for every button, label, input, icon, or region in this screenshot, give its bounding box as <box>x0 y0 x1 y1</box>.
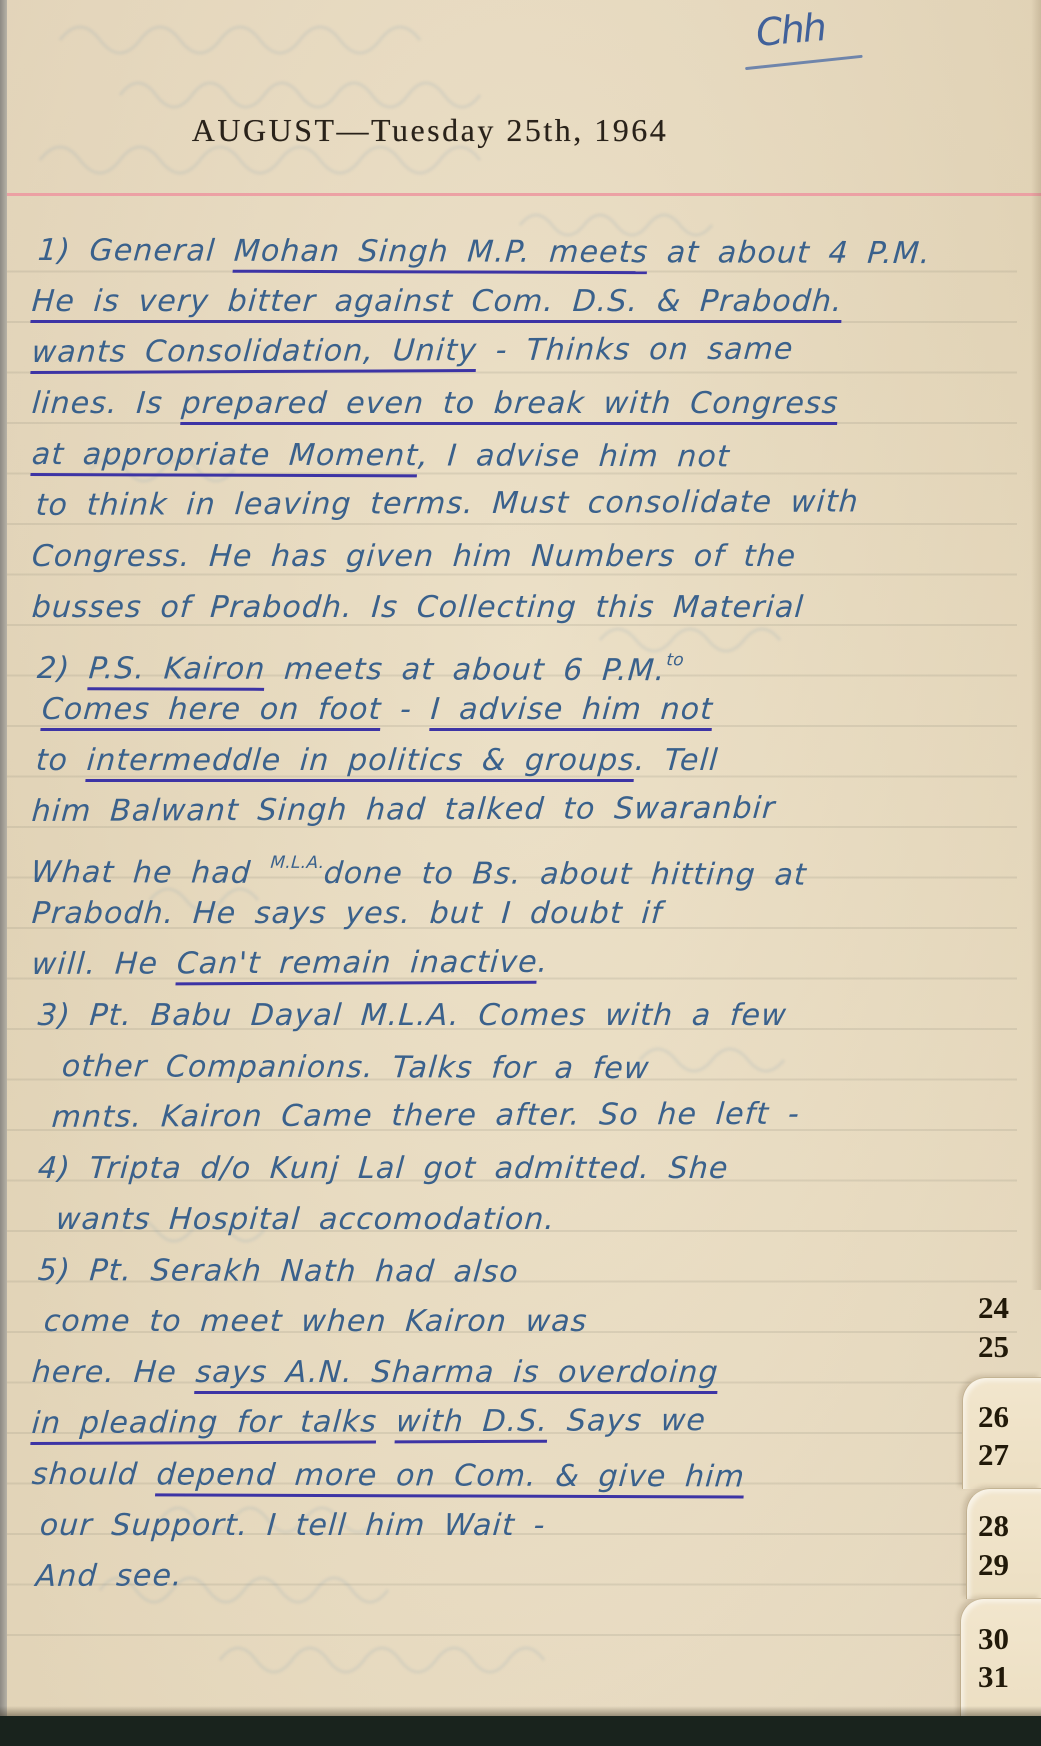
handwritten-line: wants Hospital accomodation. <box>30 1195 1014 1246</box>
header-rule <box>0 193 1041 196</box>
handwritten-line: to think in leaving terms. Must consolid… <box>30 477 1014 532</box>
text-segment: . <box>537 945 550 980</box>
text-segment: should <box>31 1457 158 1492</box>
text-segment: at appropriate Moment <box>31 437 420 473</box>
right-page-edge <box>1031 0 1041 1290</box>
text-segment: to <box>666 650 685 670</box>
date-tab-number: 26 <box>978 1399 1028 1435</box>
text-segment: Mohan Singh M.P. meets <box>233 234 650 270</box>
text-segment: 2) <box>36 651 90 686</box>
text-segment: will. He <box>31 946 178 982</box>
text-segment: 4) Tripta d/o Kunj Lal got admitted. She <box>37 1151 730 1186</box>
handwritten-line: here. He says A.N. Sharma is overdoing <box>30 1348 1014 1399</box>
date-tab-number: 31 <box>978 1659 1028 1695</box>
text-segment: in pleading for talks <box>31 1404 379 1441</box>
text-segment: 1) General <box>37 233 236 269</box>
text-segment: He is very bitter against Com. D.S. & Pr… <box>31 284 844 319</box>
handwritten-line: lines. Is prepared even to break with Co… <box>30 379 1014 430</box>
handwritten-line: 2) P.S. Kairon meets at about 6 P.M.to <box>30 634 1013 688</box>
date-heading: AUGUST—Tuesday 25th, 1964 <box>150 112 710 149</box>
text-segment: wants Hospital accomodation. <box>55 1202 557 1237</box>
text-segment: Prabodh. He says yes. but I doubt if <box>31 896 664 931</box>
text-segment: mnts. Kairon Came there after. So he lef… <box>51 1097 801 1135</box>
date-tab-number: 25 <box>978 1329 1028 1365</box>
text-segment: And see. <box>35 1558 184 1594</box>
text-segment: Says we <box>547 1403 707 1439</box>
text-segment: I advise him not <box>430 692 715 727</box>
handwritten-line: him Balwant Singh had talked to Swaranbi… <box>30 783 1014 838</box>
text-segment: at about 4 P.M. <box>647 235 932 271</box>
text-segment: says A.N. Sharma is overdoing <box>194 1355 720 1390</box>
text-segment: to <box>35 743 88 778</box>
handwritten-line: 1) General Mohan Singh M.P. meets at abo… <box>30 226 1013 280</box>
handwritten-line: should depend more on Com. & give him <box>30 1450 1013 1504</box>
date-tab-number: 28 <box>978 1508 1028 1544</box>
handwritten-line: And see. <box>30 1548 1014 1603</box>
date-tab-number: 29 <box>978 1547 1028 1583</box>
handwritten-line: to intermeddle in politics & groups. Tel… <box>30 736 1014 787</box>
text-segment: busses of Prabodh. Is Collecting this Ma… <box>31 590 806 625</box>
entry-lines: 1) General Mohan Singh M.P. meets at abo… <box>30 226 1010 1603</box>
text-segment: done to Bs. about hitting at <box>323 856 809 893</box>
text-segment: him Balwant Singh had talked to Swaranbi… <box>31 791 777 829</box>
text-segment: Congress. He has given him Numbers of th… <box>31 539 798 574</box>
handwritten-line: 3) Pt. Babu Dayal M.L.A. Comes with a fe… <box>30 991 1014 1042</box>
handwritten-line: busses of Prabodh. Is Collecting this Ma… <box>30 583 1014 634</box>
handwritten-line: 5) Pt. Serakh Nath had also <box>30 1246 1013 1300</box>
handwritten-line: will. He Can't remain inactive. <box>30 936 1014 991</box>
text-segment: P.S. Kairon <box>88 651 267 687</box>
owner-monogram: Chh <box>754 5 826 55</box>
text-segment: meets at about 6 P.M. <box>264 652 667 688</box>
text-segment: M.L.A. <box>270 853 326 873</box>
date-tab-number: 27 <box>978 1437 1028 1473</box>
handwritten-line: 4) Tripta d/o Kunj Lal got admitted. She <box>30 1144 1014 1195</box>
text-segment: depend more on Com. & give him <box>155 1457 746 1494</box>
handwritten-line: come to meet when Kairon was <box>30 1297 1014 1348</box>
handwritten-line: mnts. Kairon Came there after. So he lef… <box>30 1089 1014 1144</box>
handwritten-line: wants Consolidation, Unity - Thinks on s… <box>30 324 1014 379</box>
handwritten-line: Prabodh. He says yes. but I doubt if <box>30 889 1014 940</box>
text-segment: 3) Pt. Babu Dayal M.L.A. Comes with a fe… <box>37 998 788 1033</box>
handwritten-line: What he had M.L.A.done to Bs. about hitt… <box>30 838 1013 892</box>
text-segment: here. He <box>31 1355 197 1390</box>
handwritten-line: Comes here on foot - I advise him not <box>30 685 1014 736</box>
text-segment: with D.S. <box>395 1404 550 1440</box>
text-segment: - Thinks on same <box>476 332 795 368</box>
text-segment: intermeddle in politics & groups <box>86 743 637 778</box>
left-page-edge <box>0 0 7 1746</box>
text-segment: our Support. I tell him Wait - <box>39 1508 547 1543</box>
text-segment: Comes here on foot <box>41 692 383 727</box>
text-segment: wants Consolidation, Unity <box>31 333 479 370</box>
text-segment: What he had <box>30 855 271 891</box>
text-segment: . Tell <box>634 743 720 778</box>
text-segment: , I advise him not <box>417 438 731 474</box>
text-segment: lines. Is <box>31 386 183 421</box>
text-segment: - <box>380 692 432 727</box>
handwritten-line: other Companions. Talks for a few <box>30 1042 1013 1096</box>
text-segment: other Companions. Talks for a few <box>61 1049 651 1086</box>
text-segment <box>376 1404 397 1439</box>
handwritten-line: our Support. I tell him Wait - <box>30 1501 1014 1552</box>
handwritten-line: at appropriate Moment, I advise him not <box>30 430 1013 484</box>
cover-shadow <box>0 1706 1041 1716</box>
handwritten-line: in pleading for talks with D.S. Says we <box>30 1395 1014 1450</box>
handwritten-line: He is very bitter against Com. D.S. & Pr… <box>30 277 1014 328</box>
book-cover-edge <box>0 1716 1041 1746</box>
handwritten-line: Congress. He has given him Numbers of th… <box>30 532 1014 583</box>
text-segment: to think in leaving terms. Must consolid… <box>35 484 860 523</box>
date-tab-number: 30 <box>978 1621 1028 1657</box>
text-segment: 5) Pt. Serakh Nath had also <box>37 1253 520 1290</box>
date-tab-number: 24 <box>978 1290 1028 1326</box>
text-segment: prepared even to break with Congress <box>180 386 839 421</box>
text-segment: come to meet when Kairon was <box>43 1304 589 1339</box>
text-segment: Can't remain inactive <box>176 945 539 982</box>
tab-leaf <box>960 1598 1041 1717</box>
